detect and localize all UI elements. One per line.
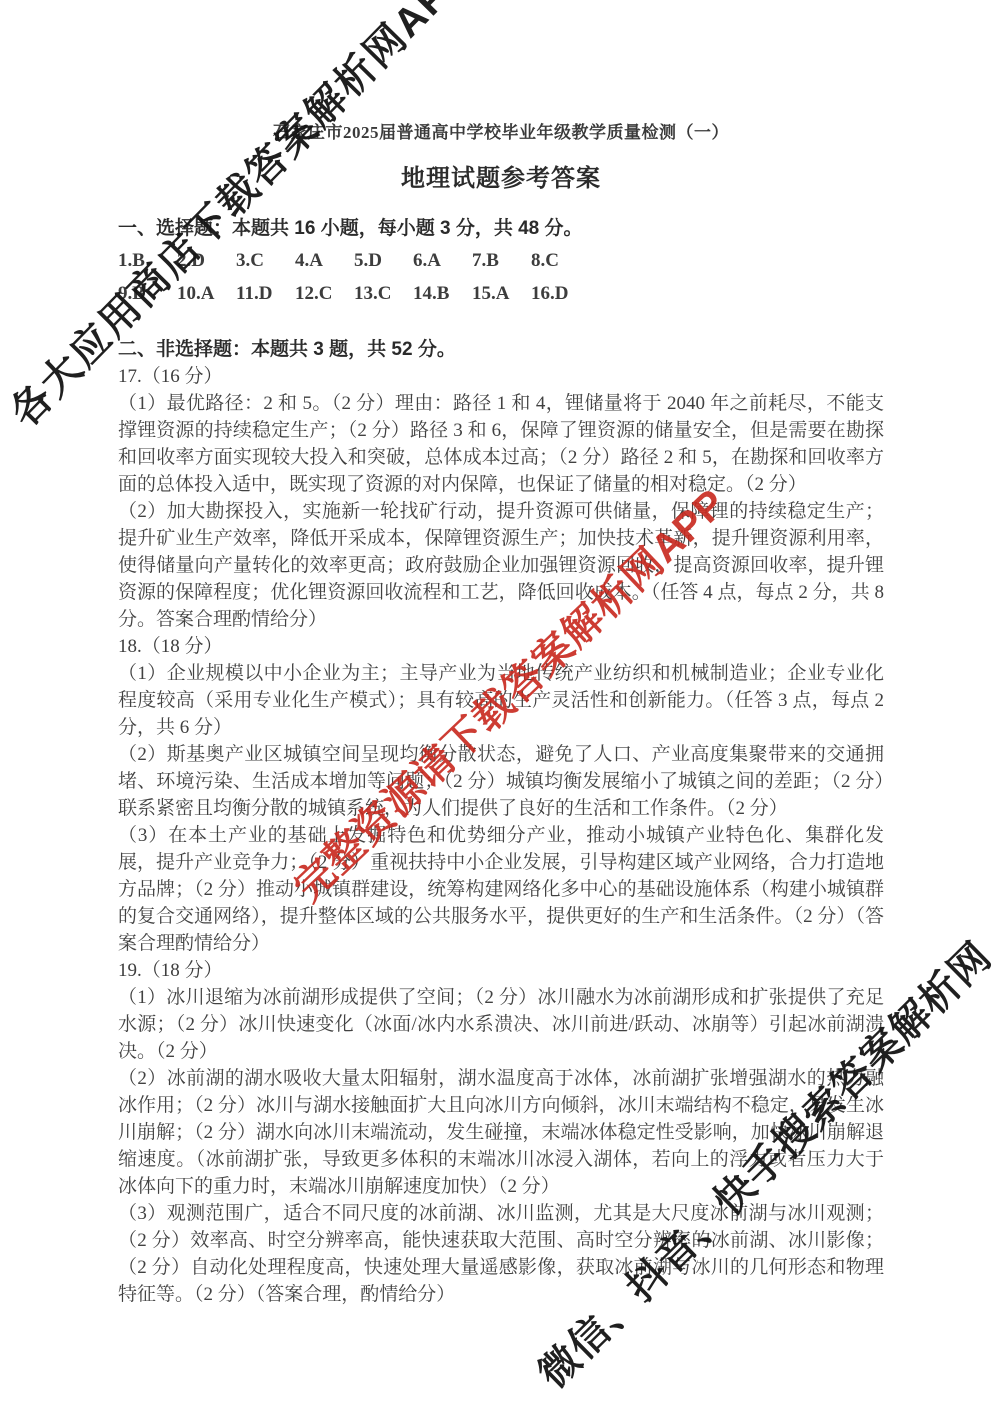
answer-item: 8.C (531, 246, 559, 275)
answer-paragraph: （3）观测范围广，适合不同尺度的冰前湖、冰川监测，尤其是大尺度冰前湖与冰川观测；… (118, 1200, 884, 1308)
answer-item: 13.C (354, 279, 413, 308)
document-subtitle: 地理试题参考答案 (118, 158, 884, 193)
answer-item: 10.A (177, 279, 236, 308)
question-number: 17.（16 分） (118, 363, 884, 390)
answer-paragraph: （2）冰前湖的湖水吸收大量太阳辐射，湖水温度高于冰体，冰前湖扩张增强湖水的热力融… (118, 1065, 884, 1200)
answer-item: 6.A (413, 246, 472, 275)
answer-paragraph: （1）最优路径：2 和 5。（2 分）理由：路径 1 和 4，锂储量将于 204… (118, 390, 884, 498)
scanned-answer-sheet-page: 石家庄市2025届普通高中学校毕业年级教学质量检测（一） 地理试题参考答案 一、… (0, 0, 1000, 1414)
nonchoice-section-heading: 二、非选择题：本题共 3 题，共 52 分。 (118, 336, 884, 363)
answer-item: 12.C (295, 279, 354, 308)
answers-row-2: 9.B 10.A 11.D 12.C 13.C 14.B 15.A 16.D (118, 279, 884, 308)
choice-section-heading: 一、选择题：本题共 16 小题，每小题 3 分，共 48 分。 (118, 215, 884, 242)
answer-item: 14.B (413, 279, 472, 308)
document-title: 石家庄市2025届普通高中学校毕业年级教学质量检测（一） (118, 122, 884, 144)
question-18: 18.（18 分） （1）企业规模以中小企业为主；主导产业为当地传统产业纺织和机… (118, 633, 884, 957)
answer-paragraph: （2）加大勘探投入，实施新一轮找矿行动，提升资源可供储量，保障锂的持续稳定生产；… (118, 498, 884, 633)
answer-paragraph: （3）在本土产业的基础上发掘特色和优势细分产业，推动小城镇产业特色化、集群化发展… (118, 822, 884, 957)
answer-paragraph: （1）冰川退缩为冰前湖形成提供了空间；（2 分）冰川融水为冰前湖形成和扩张提供了… (118, 984, 884, 1065)
answer-item: 7.B (472, 246, 531, 275)
question-number: 18.（18 分） (118, 633, 884, 660)
answer-item: 16.D (531, 279, 568, 308)
answer-paragraph: （2）斯基奥产业区城镇空间呈现均衡分散状态，避免了人口、产业高度集聚带来的交通拥… (118, 741, 884, 822)
answer-item: 5.D (354, 246, 413, 275)
answer-item: 3.C (236, 246, 295, 275)
answer-paragraph: （1）企业规模以中小企业为主；主导产业为当地传统产业纺织和机械制造业；企业专业化… (118, 660, 884, 741)
answer-item: 2.D (177, 246, 236, 275)
question-17: 17.（16 分） （1）最优路径：2 和 5。（2 分）理由：路径 1 和 4… (118, 363, 884, 633)
question-number: 19.（18 分） (118, 957, 884, 984)
answer-item: 1.B (118, 246, 177, 275)
answer-item: 15.A (472, 279, 531, 308)
answer-item: 4.A (295, 246, 354, 275)
answer-item: 9.B (118, 279, 177, 308)
question-19: 19.（18 分） （1）冰川退缩为冰前湖形成提供了空间；（2 分）冰川融水为冰… (118, 957, 884, 1308)
answer-item: 11.D (236, 279, 295, 308)
document-body: 石家庄市2025届普通高中学校毕业年级教学质量检测（一） 地理试题参考答案 一、… (118, 122, 884, 1308)
answers-row-1: 1.B 2.D 3.C 4.A 5.D 6.A 7.B 8.C (118, 246, 884, 275)
